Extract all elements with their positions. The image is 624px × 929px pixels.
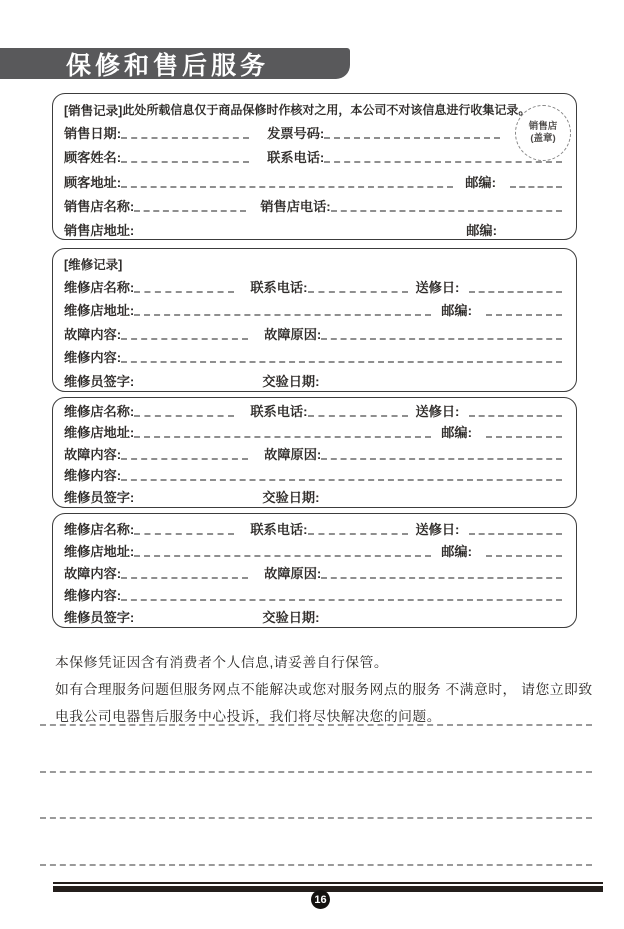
repair-phone-blank: [308, 413, 408, 417]
customer-address-label: 顾客地址:: [64, 175, 121, 190]
repair-content-label: 维修内容:: [64, 350, 121, 365]
repairer-sign-label: 维修员签字:: [64, 490, 134, 505]
send-date-label: 送修日:: [416, 522, 460, 537]
fault-reason-blank: [321, 336, 562, 340]
spacer: [134, 503, 262, 505]
spacer: [134, 623, 262, 625]
check-date-label: 交验日期:: [262, 490, 319, 505]
fault-reason-blank: [321, 575, 562, 579]
warranty-page: 保修和售后服务 [销售记录]此处所载信息仅于商品保修时作核对之用，本公司不对该信…: [0, 0, 624, 929]
repair-content-blank: [121, 597, 562, 601]
bottom-rule: [53, 882, 603, 892]
repair-store-name-blank: [134, 289, 234, 293]
repair-content-blank: [121, 359, 562, 363]
spacer: [320, 503, 563, 505]
note-rule-line: [40, 771, 592, 773]
fault-content-label: 故障内容:: [64, 566, 121, 581]
send-date-blank: [469, 289, 562, 293]
repair-row-address-postcode: 维修店地址: 邮编:: [53, 298, 576, 322]
fault-content-label: 故障内容:: [64, 447, 121, 462]
check-date-label: 交验日期:: [262, 610, 319, 625]
repair-postcode-blank: [486, 434, 562, 438]
repair-row-fault: 故障内容: 故障原因:: [53, 321, 576, 345]
sales-row-store-address: 销售店地址: 邮编:: [53, 217, 576, 241]
customer-address-blank: [121, 184, 453, 188]
repair-phone-label: 联系电话:: [250, 404, 307, 419]
page-number-badge: 16: [311, 890, 330, 909]
spacer: [134, 387, 262, 389]
repair-row-address-postcode: 维修店地址: 邮编:: [53, 422, 576, 444]
note-rule-line: [40, 724, 592, 726]
repair-phone-blank: [308, 531, 408, 535]
spacer: [320, 387, 563, 389]
store-phone-label: 销售店电话:: [260, 199, 330, 214]
repair-row-sign-date: 维修员签字: 交验日期:: [53, 486, 576, 508]
postcode-label: 邮编:: [465, 175, 496, 190]
sales-row-address-postcode: 顾客地址: 邮编:: [53, 168, 576, 192]
sales-section-header: [销售记录]此处所载信息仅于商品保修时作核对之用，本公司不对该信息进行收集记录。: [53, 99, 576, 120]
seal-stamp-circle: 销售店 (盖章): [515, 105, 571, 161]
postcode2-label: 邮编:: [466, 223, 497, 238]
sales-section-label: [销售记录]: [64, 101, 122, 119]
bottom-rule-thin-line: [53, 882, 603, 884]
repair-phone-blank: [308, 289, 408, 293]
fault-content-blank: [121, 456, 248, 460]
repair-row-content: 维修内容:: [53, 345, 576, 369]
repair-content-label: 维修内容:: [64, 588, 121, 603]
stamp-seal-text: (盖章): [530, 133, 555, 145]
repair-row-sign-date: 维修员签字: 交验日期:: [53, 368, 576, 392]
invoice-no-blank: [324, 135, 500, 139]
repair-row-name-phone-date: 维修店名称: 联系电话: 送修日:: [53, 274, 576, 298]
page-title-banner: 保修和售后服务: [0, 48, 350, 79]
sales-row-store-name-phone: 销售店名称: 销售店电话:: [53, 193, 576, 217]
bottom-rule-thick-line: [53, 886, 603, 892]
contact-phone-label: 联系电话:: [267, 150, 324, 165]
fault-reason-label: 故障原因:: [264, 566, 321, 581]
sale-date-blank: [121, 135, 249, 139]
stamp-store-text: 销售店: [529, 121, 558, 133]
repair-row-content: 维修内容:: [53, 584, 576, 606]
repair-phone-label: 联系电话:: [250, 280, 307, 295]
repair-row-name-phone-date: 维修店名称: 联系电话: 送修日:: [53, 518, 576, 540]
note-rule-line: [40, 817, 592, 819]
contact-phone-blank: [324, 159, 562, 163]
repair-address-blank: [134, 553, 431, 557]
fault-reason-label: 故障原因:: [264, 447, 321, 462]
repair-store-name-label: 维修店名称:: [64, 404, 134, 419]
repair-postcode-blank: [486, 553, 562, 557]
customer-name-blank: [121, 159, 249, 163]
send-date-blank: [469, 531, 562, 535]
spacer: [497, 236, 562, 238]
repair-record-section-3: 维修店名称: 联系电话: 送修日: 维修店地址: 邮编: 故障内容: 故障原因:…: [52, 513, 577, 628]
check-date-label: 交验日期:: [262, 374, 319, 389]
fault-reason-blank: [321, 456, 562, 460]
sales-record-section: [销售记录]此处所载信息仅于商品保修时作核对之用，本公司不对该信息进行收集记录。…: [52, 93, 577, 240]
postcode-blank: [510, 184, 562, 188]
spacer: [134, 236, 466, 238]
repair-row-fault: 故障内容: 故障原因:: [53, 562, 576, 584]
fault-content-label: 故障内容:: [64, 327, 121, 342]
repair-row-sign-date: 维修员签字: 交验日期:: [53, 606, 576, 628]
sales-row-name-phone: 顾客姓名: 联系电话:: [53, 144, 576, 168]
store-name-blank: [134, 208, 246, 212]
spacer: [320, 623, 563, 625]
repair-section-header: [维修记录]: [53, 253, 576, 274]
repair-row-name-phone-date: 维修店名称: 联系电话: 送修日:: [53, 400, 576, 422]
note-rule-line: [40, 864, 592, 866]
repair-record-section-2: 维修店名称: 联系电话: 送修日: 维修店地址: 邮编: 故障内容: 故障原因:…: [52, 397, 577, 508]
page-title: 保修和售后服务: [0, 46, 269, 82]
repair-address-blank: [134, 312, 431, 316]
sales-section-notice: 此处所载信息仅于商品保修时作核对之用，本公司不对该信息进行收集记录。: [122, 101, 530, 118]
repair-store-name-label: 维修店名称:: [64, 280, 134, 295]
send-date-blank: [469, 413, 562, 417]
repair-store-name-label: 维修店名称:: [64, 522, 134, 537]
repairer-sign-label: 维修员签字:: [64, 610, 134, 625]
send-date-label: 送修日:: [416, 280, 460, 295]
repair-record-section-1: [维修记录] 维修店名称: 联系电话: 送修日: 维修店地址: 邮编: 故障内容…: [52, 248, 577, 392]
fault-content-blank: [121, 575, 248, 579]
fault-reason-label: 故障原因:: [264, 327, 321, 342]
repair-postcode-blank: [486, 312, 562, 316]
repair-row-content: 维修内容:: [53, 465, 576, 487]
service-note-text: 如有合理服务问题但服务网点不能解决或您对服务网点的服务 不满意时， 请您立即致电…: [55, 676, 601, 731]
repair-postcode-label: 邮编:: [441, 425, 472, 440]
invoice-no-label: 发票号码:: [267, 126, 324, 141]
repair-address-blank: [134, 434, 431, 438]
repair-content-blank: [121, 477, 562, 481]
store-name-label: 销售店名称:: [64, 199, 134, 214]
repair-content-label: 维修内容:: [64, 468, 121, 483]
repairer-sign-label: 维修员签字:: [64, 374, 134, 389]
repair-postcode-label: 邮编:: [441, 303, 472, 318]
fault-content-blank: [121, 336, 248, 340]
repair-phone-label: 联系电话:: [250, 522, 307, 537]
repair-postcode-label: 邮编:: [441, 544, 472, 559]
repair-row-address-postcode: 维修店地址: 邮编:: [53, 540, 576, 562]
store-phone-blank: [331, 208, 562, 212]
repair-address-label: 维修店地址:: [64, 303, 134, 318]
repair-store-name-blank: [134, 413, 234, 417]
customer-name-label: 顾客姓名:: [64, 150, 121, 165]
repair-section-label: [维修记录]: [64, 255, 122, 273]
repair-store-name-blank: [134, 531, 234, 535]
repair-row-fault: 故障内容: 故障原因:: [53, 443, 576, 465]
keep-note-text: 本保修凭证因含有消费者个人信息,请妥善自行保管。: [55, 651, 595, 671]
repair-address-label: 维修店地址:: [64, 425, 134, 440]
repair-address-label: 维修店地址:: [64, 544, 134, 559]
store-address-label: 销售店地址:: [64, 223, 134, 238]
sales-row-date-invoice: 销售日期: 发票号码:: [53, 120, 576, 144]
send-date-label: 送修日:: [416, 404, 460, 419]
sale-date-label: 销售日期:: [64, 126, 121, 141]
